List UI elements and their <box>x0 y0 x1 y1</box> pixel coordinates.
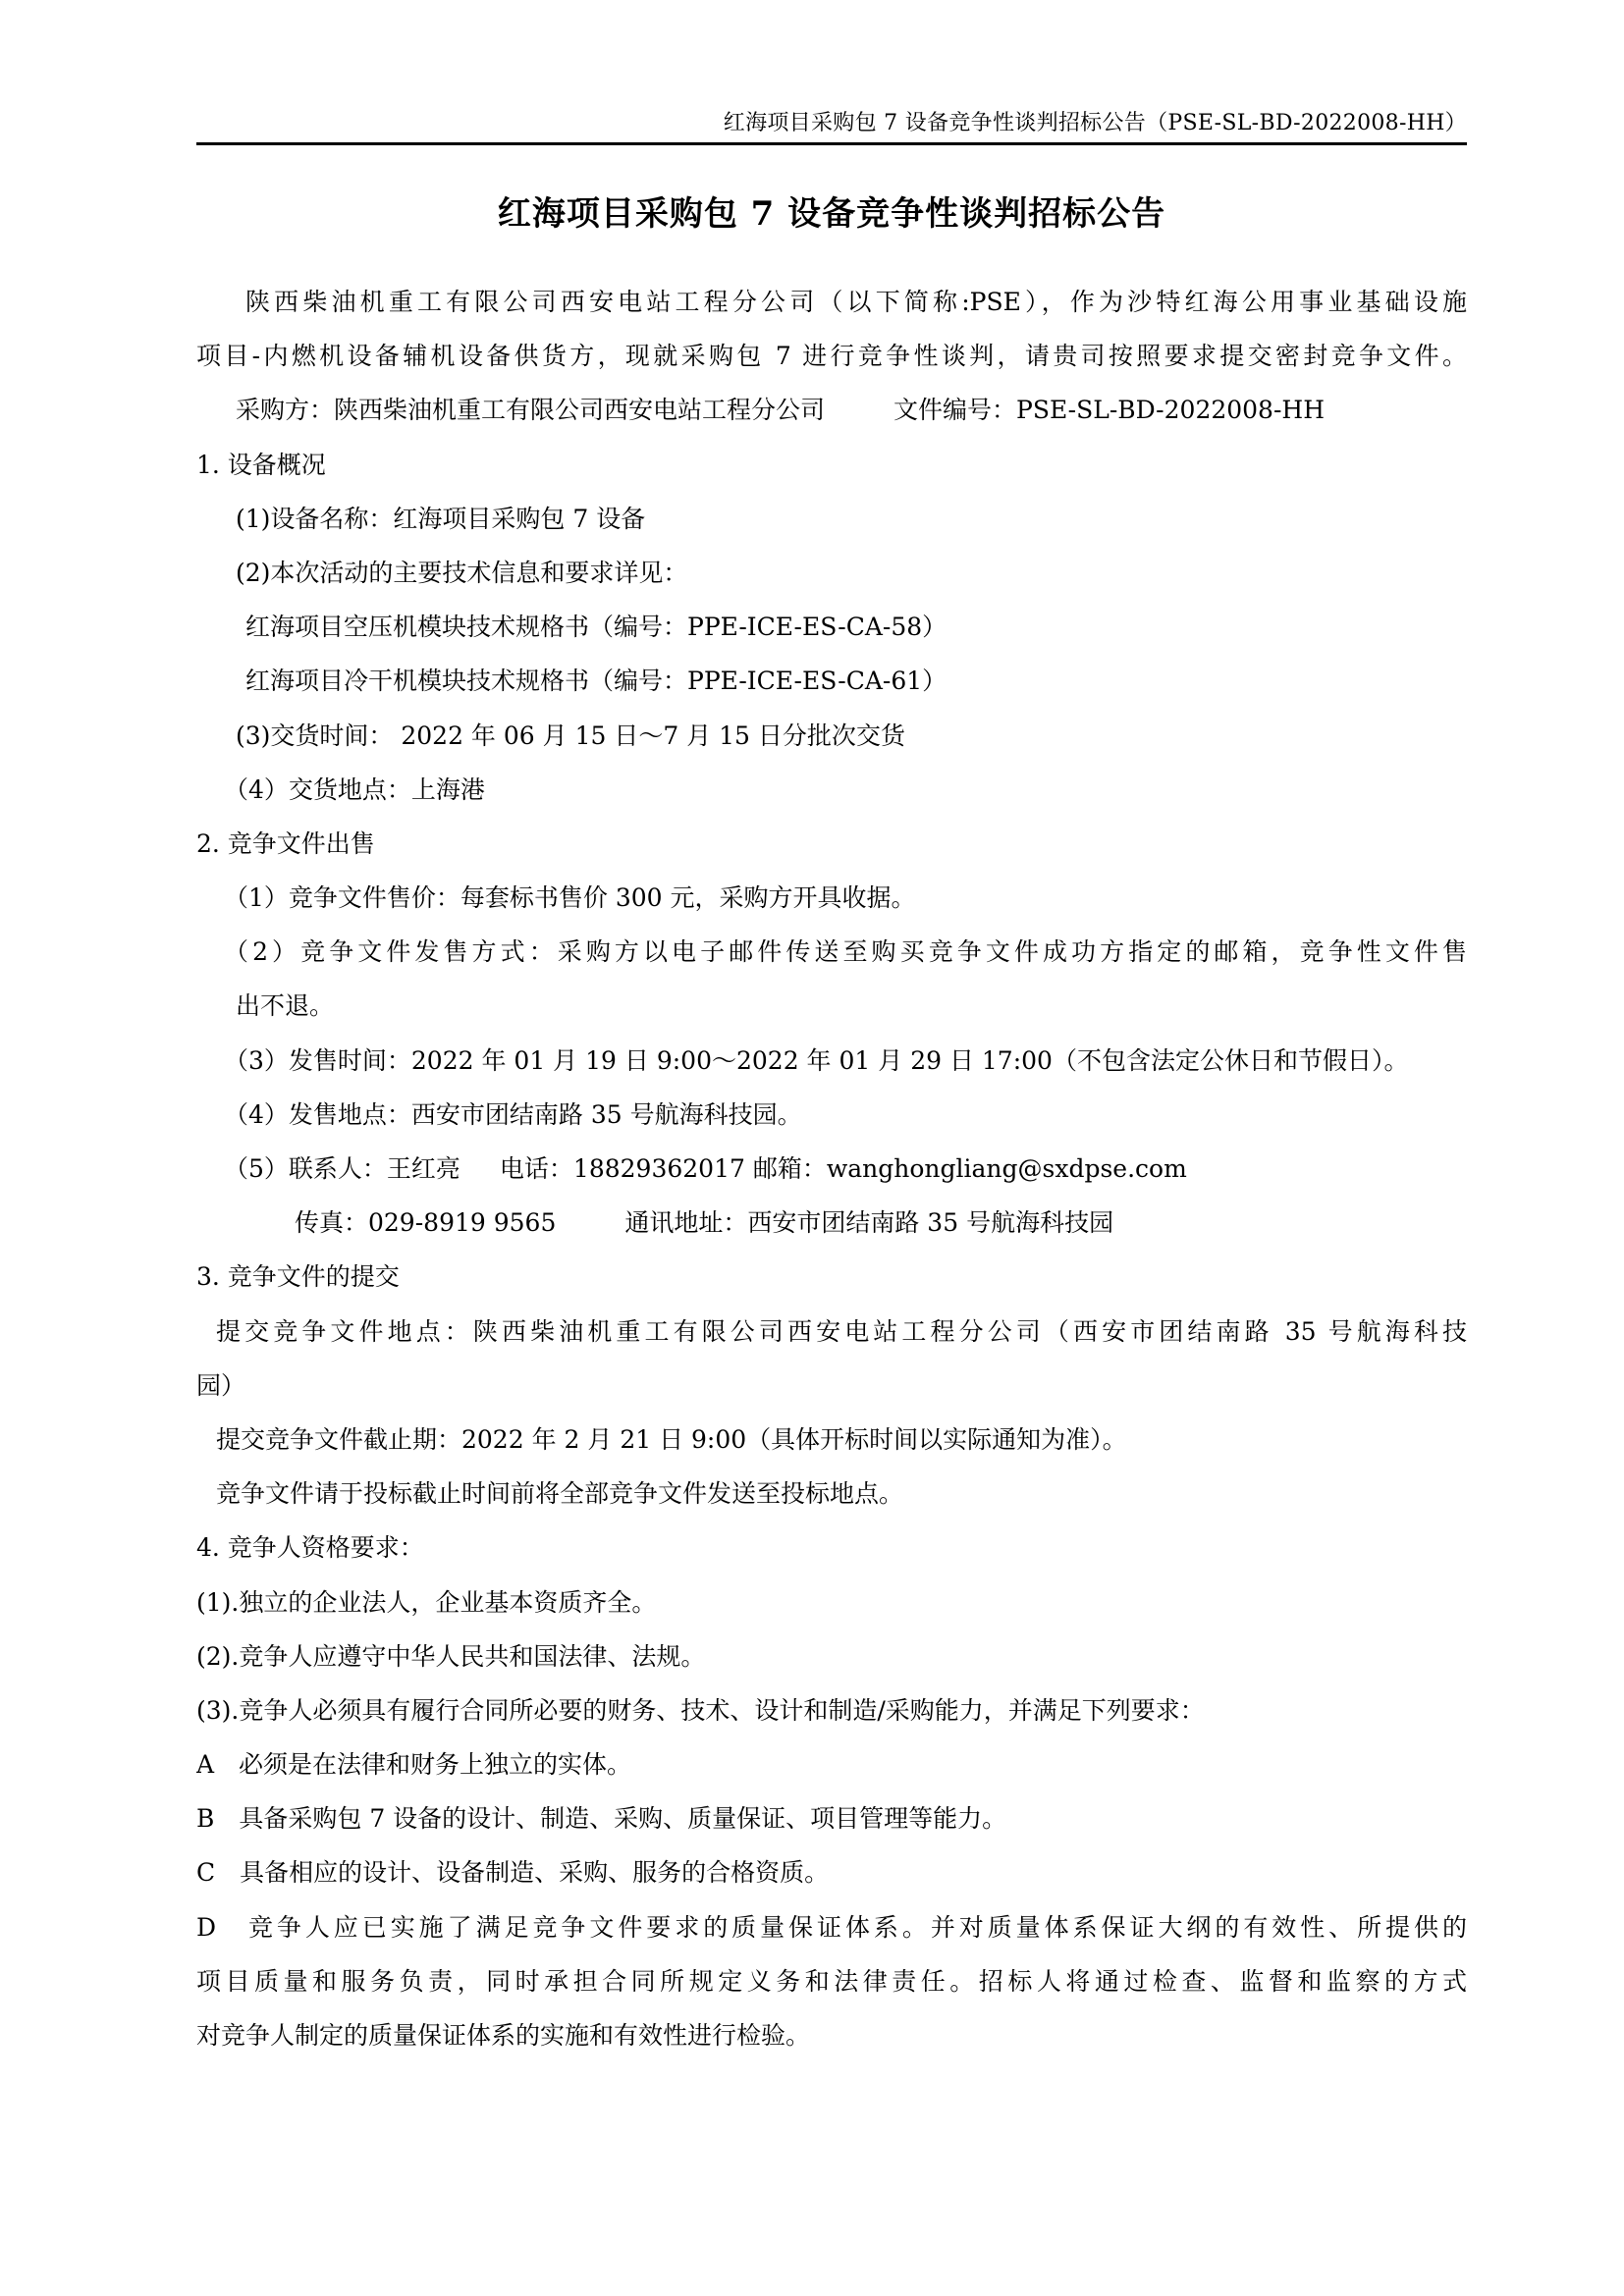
list-item: （2）竞争文件发售方式：采购方以电子邮件传送至购买竞争文件成功方指定的邮箱，竞争… <box>196 925 1467 979</box>
list-item-continuation: 园） <box>196 1359 1467 1413</box>
list-item-continuation: 对竞争人制定的质量保证体系的实施和有效性进行检验。 <box>196 2008 1467 2062</box>
list-item: （3）发售时间：2022 年 01 月 19 日 9:00～2022 年 01 … <box>196 1034 1467 1088</box>
contact-email[interactable]: 邮箱：wanghongliang@sxdpse.com <box>753 1154 1187 1183</box>
list-item: 提交竞争文件截止期：2022 年 2 月 21 日 9:00（具体开标时间以实际… <box>196 1413 1467 1467</box>
list-item: 竞争文件请于投标截止时间前将全部竞争文件发送至投标地点。 <box>196 1467 1467 1521</box>
spec-reference: 红海项目空压机模块技术规格书（编号：PPE-ICE-ES-CA-58） <box>196 600 1467 654</box>
list-item: D 竞争人应已实施了满足竞争文件要求的质量保证体系。并对质量体系保证大纲的有效性… <box>196 1900 1467 1954</box>
intro-paragraph-line-2: 项目-内燃机设备辅机设备供货方，现就采购包 7 进行竞争性谈判，请贵司按照要求提… <box>196 329 1467 383</box>
purchaser-line: 采购方：陕西柴油机重工有限公司西安电站工程分公司文件编号：PSE-SL-BD-2… <box>196 383 1467 437</box>
list-item-continuation: 出不退。 <box>196 979 1467 1033</box>
list-item: （4）发售地点：西安市团结南路 35 号航海科技园。 <box>196 1088 1467 1142</box>
list-item: A 必须是在法律和财务上独立的实体。 <box>196 1737 1467 1791</box>
document-title: 红海项目采购包 7 设备竞争性谈判招标公告 <box>196 192 1467 236</box>
running-header: 红海项目采购包 7 设备竞争性谈判招标公告（PSE-SL-BD-2022008-… <box>196 110 1467 137</box>
list-item: (3).竞争人必须具有履行合同所必要的财务、技术、设计和制造/采购能力，并满足下… <box>196 1683 1467 1737</box>
section-heading-qualifications: 4. 竞争人资格要求： <box>196 1521 1467 1575</box>
list-item: (1)设备名称：红海项目采购包 7 设备 <box>196 492 1467 546</box>
document-body: 陕西柴油机重工有限公司西安电站工程分公司（以下简称:PSE），作为沙特红海公用事… <box>196 275 1467 2062</box>
section-heading-document-sale: 2. 竞争文件出售 <box>196 817 1467 871</box>
list-item-continuation: 项目质量和服务负责，同时承担合同所规定义务和法律责任。招标人将通过检查、监督和监… <box>196 1954 1467 2008</box>
list-item: (2).竞争人应遵守中华人民共和国法律、法规。 <box>196 1629 1467 1683</box>
spec-reference: 红海项目冷干机模块技术规格书（编号：PPE-ICE-ES-CA-61） <box>196 654 1467 708</box>
header-rule <box>196 142 1467 145</box>
list-item: 提交竞争文件地点：陕西柴油机重工有限公司西安电站工程分公司（西安市团结南路 35… <box>196 1305 1467 1359</box>
list-item: （4）交货地点：上海港 <box>196 763 1467 817</box>
document-number: 文件编号：PSE-SL-BD-2022008-HH <box>893 396 1325 424</box>
contact-line: （5）联系人：王红亮电话：18829362017 邮箱：wanghonglian… <box>196 1142 1467 1196</box>
list-item: (1).独立的企业法人，企业基本资质齐全。 <box>196 1575 1467 1629</box>
section-heading-equipment-overview: 1. 设备概况 <box>196 438 1467 492</box>
section-heading-submission: 3. 竞争文件的提交 <box>196 1250 1467 1304</box>
contact-address: 通讯地址：西安市团结南路 35 号航海科技园 <box>624 1208 1113 1237</box>
list-item: (3)交货时间： 2022 年 06 月 15 日～7 月 15 日分批次交货 <box>196 709 1467 763</box>
intro-paragraph-line-1: 陕西柴油机重工有限公司西安电站工程分公司（以下简称:PSE），作为沙特红海公用事… <box>196 275 1467 329</box>
list-item: (2)本次活动的主要技术信息和要求详见： <box>196 546 1467 600</box>
contact-fax: 传真：029-8919 9565 <box>295 1208 556 1237</box>
contact-phone: 电话：18829362017 <box>500 1154 745 1183</box>
contact-line-2: 传真：029-8919 9565通讯地址：西安市团结南路 35 号航海科技园 <box>196 1196 1467 1250</box>
list-item: B 具备采购包 7 设备的设计、制造、采购、质量保证、项目管理等能力。 <box>196 1791 1467 1845</box>
list-item: C 具备相应的设计、设备制造、采购、服务的合格资质。 <box>196 1845 1467 1899</box>
list-item: （1）竞争文件售价：每套标书售价 300 元，采购方开具收据。 <box>196 871 1467 925</box>
purchaser-label: 采购方：陕西柴油机重工有限公司西安电站工程分公司 <box>236 396 825 424</box>
contact-person: （5）联系人：王红亮 <box>224 1154 460 1183</box>
